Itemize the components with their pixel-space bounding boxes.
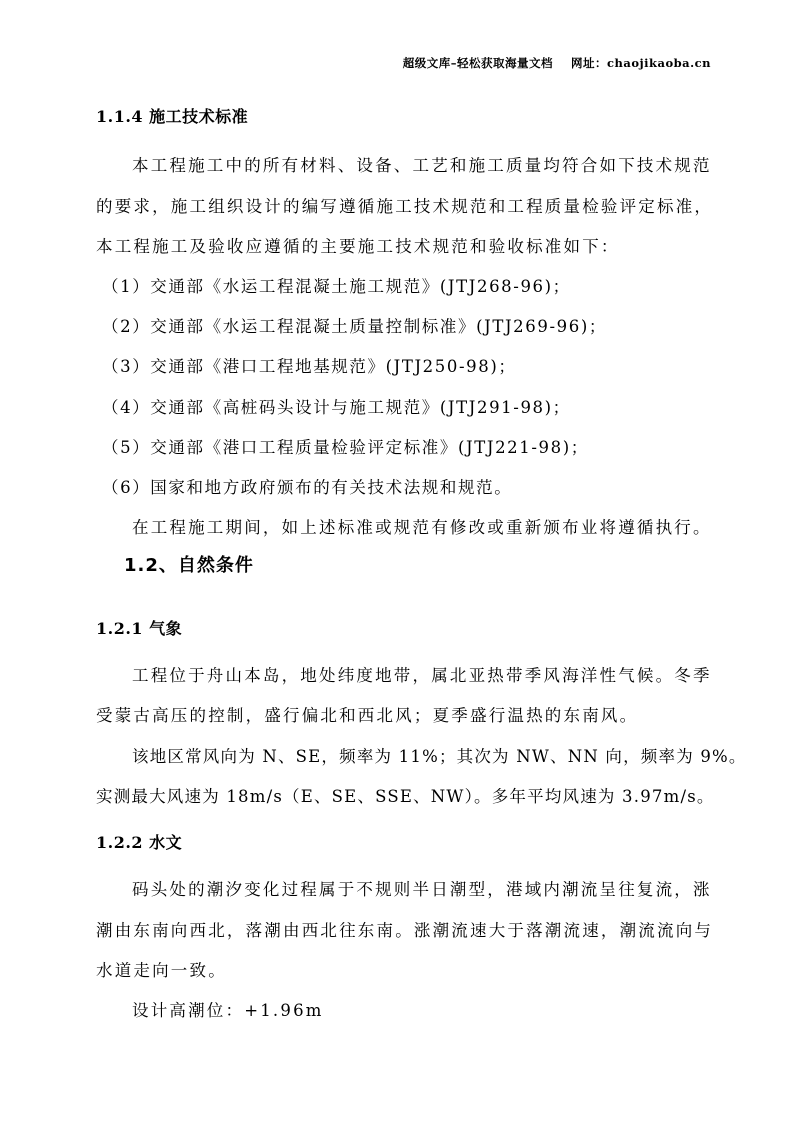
- paragraph-line: 本工程施工及验收应遵循的主要施工技术规范和验收标准如下：: [96, 233, 620, 257]
- site-url: 网址：chaojikaoba.cn: [571, 56, 711, 70]
- heading-1-2-2: 1.2.2 水文: [96, 830, 182, 853]
- standard-item-4: （4）交通部《高桩码头设计与施工规范》(JTJ291-98)；: [102, 394, 571, 418]
- paragraph-line: 该地区常风向为 N、SE，频率为 11%；其次为 NW、NN 向，频率为 9%。: [132, 743, 747, 767]
- standard-item-5: （5）交通部《港口工程质量检验评定标准》(JTJ221-98)；: [102, 434, 589, 458]
- standard-item-6: （6）国家和地方政府颁布的有关技术法规和规范。: [102, 474, 512, 498]
- paragraph-line: 码头处的潮汐变化过程属于不规则半日潮型，港域内潮流呈往复流，涨: [132, 876, 712, 900]
- paragraph-line: 水道走向一致。: [96, 957, 227, 981]
- paragraph-line: 本工程施工中的所有材料、设备、工艺和施工质量均符合如下技术规范: [132, 152, 712, 176]
- paragraph-line: 工程位于舟山本岛，地处纬度地带，属北亚热带季风海洋性气候。冬季: [132, 662, 712, 686]
- site-name: 超级文库–轻松获取海量文档: [403, 56, 553, 70]
- page-header: 超级文库–轻松获取海量文档网址：chaojikaoba.cn: [403, 55, 711, 71]
- standard-item-3: （3）交通部《港口工程地基规范》(JTJ250-98)；: [102, 353, 516, 377]
- heading-1-2: 1.2、自然条件: [124, 551, 254, 577]
- heading-1-2-1: 1.2.1 气象: [96, 616, 182, 639]
- paragraph-line: 受蒙古高压的控制，盛行偏北和西北风；夏季盛行温热的东南风。: [96, 702, 638, 726]
- paragraph-line: 的要求，施工组织设计的编写遵循施工技术规范和工程质量检验评定标准，: [96, 193, 713, 217]
- paragraph-line: 潮由东南向西北，落潮由西北往东南。涨潮流速大于落潮流速，潮流流向与: [96, 917, 713, 941]
- heading-1-1-4: 1.1.4 施工技术标准: [96, 104, 248, 127]
- closing-paragraph: 在工程施工期间，如上述标准或规范有修改或重新颁布业将遵循执行。: [132, 514, 712, 538]
- standard-item-2: （2）交通部《水运工程混凝土质量控制标准》(JTJ269-96)；: [102, 313, 607, 337]
- standard-item-1: （1）交通部《水运工程混凝土施工规范》(JTJ268-96)；: [102, 273, 571, 297]
- design-high-tide: 设计高潮位：+1.96m: [132, 997, 324, 1021]
- paragraph-line: 实测最大风速为 18m/s（E、SE、SSE、NW）。多年平均风速为 3.97m…: [96, 783, 715, 807]
